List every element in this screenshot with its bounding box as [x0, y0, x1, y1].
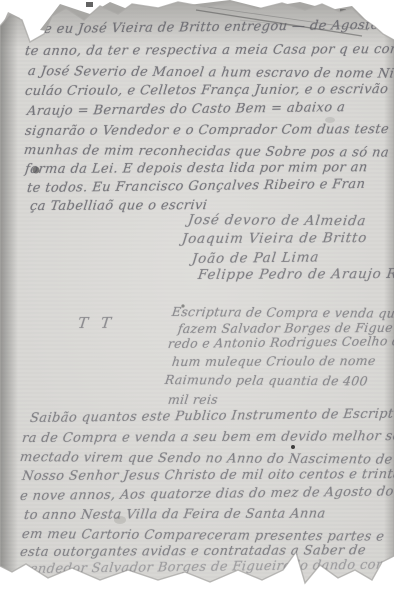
heading-line: hum muleque Crioulo de nome [171, 353, 376, 369]
manuscript-line: Araujo = Bernardes do Casto Bem = abaixo… [26, 100, 346, 119]
signature: Felippe Pedro de Araujo Rios [197, 266, 394, 283]
manuscript-line: a José Severio de Manoel a hum escravo d… [27, 64, 394, 82]
margin-mark: T T [77, 314, 116, 332]
manuscript-line: e nove annos, Aos quatorze dias do mez d… [19, 484, 394, 504]
manuscript-line: signarão o Vendedor e o Comprador Com du… [24, 122, 390, 139]
heading-line: Raimundo pela quantia de 400 [164, 372, 369, 388]
manuscript-line: em meu Cartorio Compareceram presentes p… [21, 527, 385, 545]
signature: Joaquim Vieira de Britto [181, 230, 368, 247]
manuscript-line: mectado virem que Sendo no Anno do Nasci… [19, 450, 394, 468]
manuscript-line: e eu José Vieira de Britto entregou — de… [43, 17, 394, 37]
manuscript-line: ça Tabelliaõ que o escrivi [29, 198, 208, 214]
heading-line: redo e Antonio Rodrigues Coelho de [167, 333, 394, 351]
signature: José devoro de Almeida [187, 212, 367, 229]
heading-line: mil reis [167, 392, 219, 407]
manuscript-line: ra de Compra e venda a seu bem em devido… [21, 429, 394, 446]
manuscript-line: forma da Lei. E depois desta lida por mi… [24, 160, 368, 177]
signature: João de Pal Lima [191, 249, 320, 267]
manuscript-line: to anno Nesta Villa da Feira de Santa An… [23, 506, 326, 523]
manuscript-line: Nosso Senhor Jesus Christo de mil oito c… [21, 467, 394, 484]
manuscript-line: Saibão quantos este Publico Instrumento … [29, 406, 394, 426]
manuscript-line: te todos. Eu Francisco Gonçalves Ribeiro… [26, 177, 366, 196]
manuscript-line: munhas de mim reconhecidas que Sobre pos… [23, 143, 390, 161]
manuscript-line: te anno, da ter e respectiva a meia Casa… [24, 42, 394, 59]
heading-line: Escriptura de Compra e venda que [171, 304, 394, 321]
scanned-manuscript-page: e eu José Vieira de Britto entregou — de… [0, 0, 394, 600]
manuscript-line: culáo Crioulo, e Celletos França Junior,… [24, 82, 389, 99]
handwriting-layer: e eu José Vieira de Britto entregou — de… [0, 0, 394, 600]
